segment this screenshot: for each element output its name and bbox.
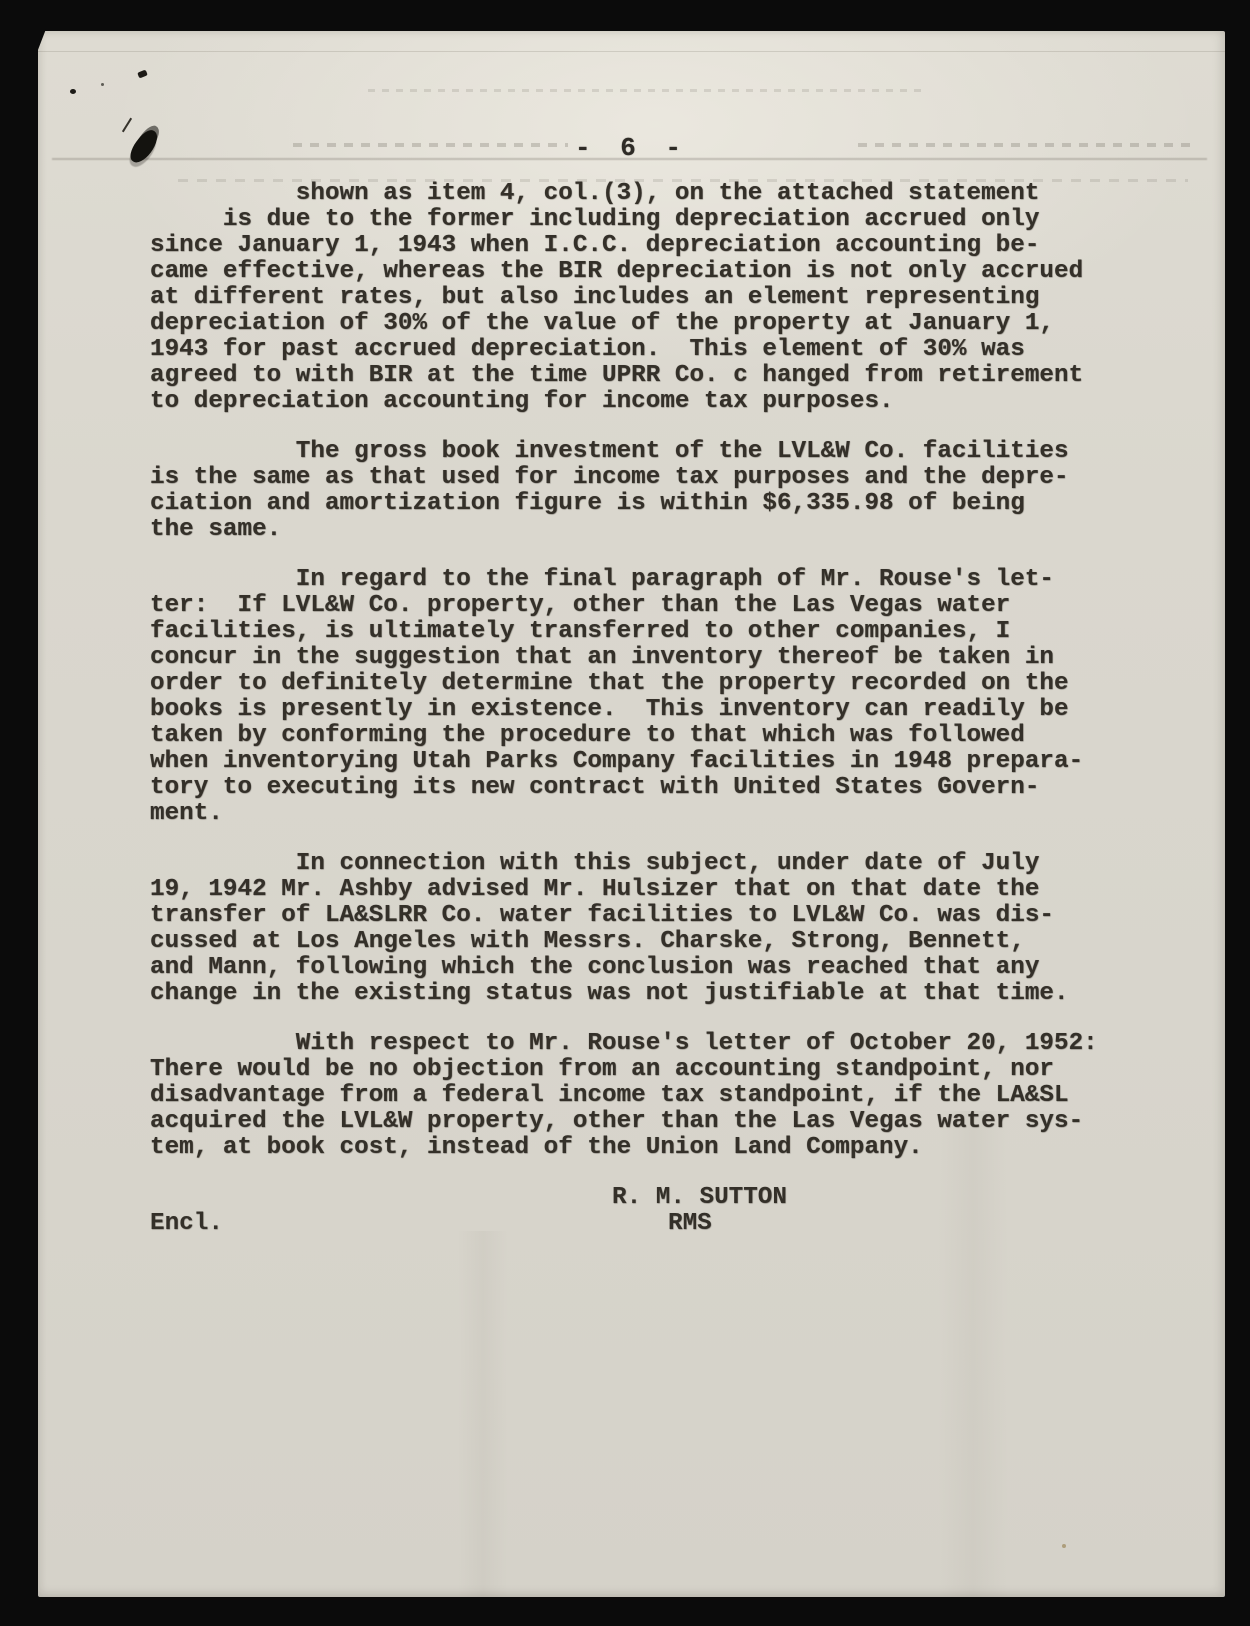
- closing-block: R. M. SUTTON Encl. RMS: [150, 1185, 1150, 1237]
- typed-line: books is presently in existence. This in…: [150, 697, 1150, 723]
- typed-line: The gross book investment of the LVL&W C…: [150, 439, 1150, 465]
- page-corner-clip: [36, 29, 46, 55]
- typed-line: when inventorying Utah Parks Company fac…: [150, 749, 1150, 775]
- typed-line: and Mann, following which the conclusion…: [150, 955, 1150, 981]
- typed-line: concur in the suggestion that an invento…: [150, 645, 1150, 671]
- ink-speck: [137, 70, 148, 79]
- typed-line: came effective, whereas the BIR deprecia…: [150, 259, 1150, 285]
- typed-line: 1943 for past accrued depreciation. This…: [150, 337, 1150, 363]
- typed-line: tory to executing its new contract with …: [150, 775, 1150, 801]
- typed-line: In connection with this subject, under d…: [150, 851, 1150, 877]
- typed-line: facilities, is ultimately transferred to…: [150, 619, 1150, 645]
- paragraph: shown as item 4, col.(3), on the attache…: [150, 181, 1150, 415]
- typed-line: is the same as that used for income tax …: [150, 465, 1150, 491]
- typed-line: since January 1, 1943 when I.C.C. deprec…: [150, 233, 1150, 259]
- typed-line: ter: If LVL&W Co. property, other than t…: [150, 593, 1150, 619]
- typed-line: cussed at Los Angeles with Messrs. Chars…: [150, 929, 1150, 955]
- typed-line: There would be no objection from an acco…: [150, 1057, 1150, 1083]
- typed-line: agreed to with BIR at the time UPRR Co. …: [150, 363, 1150, 389]
- ink-speck: [70, 89, 76, 94]
- ghost-line: [38, 51, 1225, 52]
- ink-blot-tail: [122, 118, 132, 133]
- typed-line: is due to the former including depreciat…: [150, 207, 1150, 233]
- typed-line: depreciation of 30% of the value of the …: [150, 311, 1150, 337]
- typed-line: at different rates, but also includes an…: [150, 285, 1150, 311]
- signature-initials: RMS: [668, 1211, 712, 1237]
- typed-line: taken by conforming the procedure to tha…: [150, 723, 1150, 749]
- ghost-line: [368, 89, 928, 92]
- signature-name: R. M. SUTTON: [612, 1184, 787, 1211]
- paragraph: In regard to the final paragraph of Mr. …: [150, 567, 1150, 827]
- document-page: - 6 - shown as item 4, col.(3), on the a…: [38, 31, 1225, 1597]
- paragraph: In connection with this subject, under d…: [150, 851, 1150, 1007]
- paper-streak: [458, 1231, 508, 1597]
- typed-line: to depreciation accounting for income ta…: [150, 389, 1150, 415]
- document-body: shown as item 4, col.(3), on the attache…: [150, 181, 1150, 1161]
- typed-line: shown as item 4, col.(3), on the attache…: [150, 181, 1150, 207]
- typed-line: the same.: [150, 517, 1150, 543]
- page-number: - 6 -: [38, 133, 1225, 163]
- enclosure-line: Encl. RMS: [150, 1211, 1150, 1237]
- typed-line: With respect to Mr. Rouse's letter of Oc…: [150, 1031, 1150, 1057]
- paragraph: The gross book investment of the LVL&W C…: [150, 439, 1150, 543]
- typed-line: change in the existing status was not ju…: [150, 981, 1150, 1007]
- typed-line: 19, 1942 Mr. Ashby advised Mr. Hulsizer …: [150, 877, 1150, 903]
- ink-speck: [101, 83, 104, 86]
- typed-line: acquired the LVL&W property, other than …: [150, 1109, 1150, 1135]
- paper-speck: [1062, 1544, 1066, 1548]
- typed-line: ment.: [150, 801, 1150, 827]
- paper-streak: [938, 1111, 1008, 1597]
- typed-line: tem, at book cost, instead of the Union …: [150, 1135, 1150, 1161]
- typed-line: disadvantage from a federal income tax s…: [150, 1083, 1150, 1109]
- scan-background: - 6 - shown as item 4, col.(3), on the a…: [0, 0, 1250, 1626]
- typed-line: transfer of LA&SLRR Co. water facilities…: [150, 903, 1150, 929]
- paragraph: With respect to Mr. Rouse's letter of Oc…: [150, 1031, 1150, 1161]
- typed-line: ciation and amortization figure is withi…: [150, 491, 1150, 517]
- typed-line: order to definitely determine that the p…: [150, 671, 1150, 697]
- enclosure-note: Encl.: [150, 1210, 223, 1237]
- typed-line: In regard to the final paragraph of Mr. …: [150, 567, 1150, 593]
- signature-line: R. M. SUTTON: [150, 1185, 1150, 1211]
